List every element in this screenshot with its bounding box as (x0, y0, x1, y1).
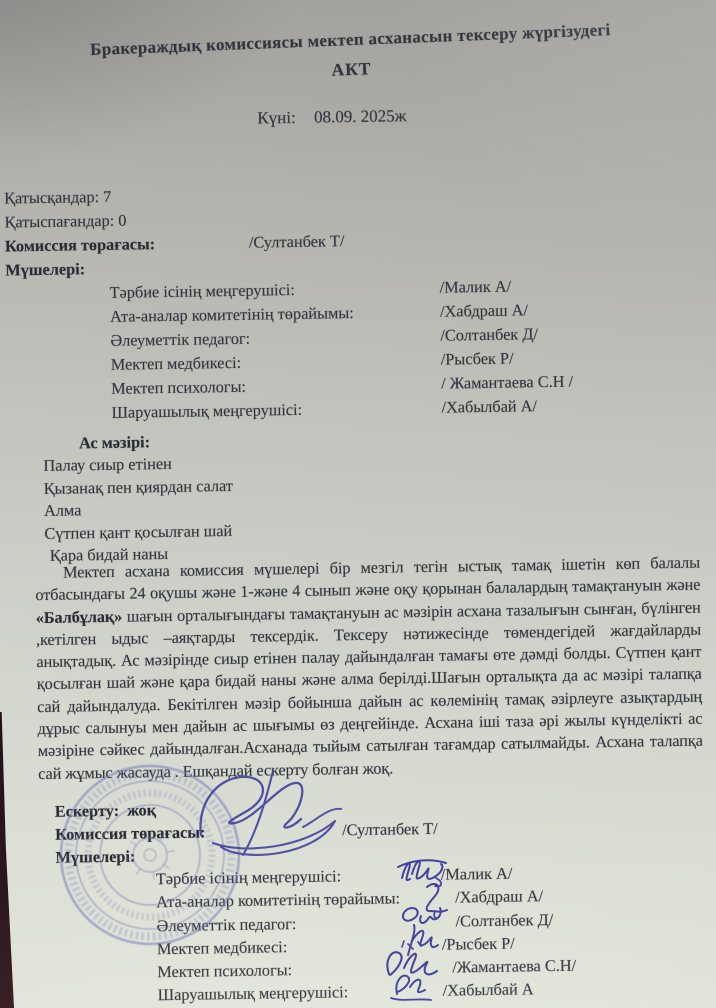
document-photo: Бракераждық комиссиясы мектеп асханасын … (0, 0, 716, 1008)
member-name: /Солтанбек Д/ (440, 322, 538, 348)
chairman-label: Комиссия төрағасы: (5, 231, 249, 259)
note-value: жоқ (127, 798, 156, 821)
paragraph-text: шағын орталығындағы тамақтануын ас мәзір… (36, 597, 703, 783)
body-paragraph: Мектеп асхана комиссия мүшелері бір мезг… (35, 552, 703, 785)
member-name: /Хабдраш А/ (440, 298, 528, 323)
member-name: /Хабдраш А/ (441, 884, 543, 909)
paragraph-text: Мектеп асхана комиссия мүшелері бір мезг… (35, 553, 700, 605)
chairman-name: /Султанбек Т/ (342, 817, 438, 841)
present-label: Қатысқандар: (4, 185, 99, 210)
member-name: /Жамантаева С.Н/ (442, 954, 576, 979)
absent-value: 0 (118, 209, 127, 233)
member-name: /Рысбек Р/ (442, 931, 515, 955)
members-bottom-list: Тәрбие ісінің меңгерушісі: /Малик А/ Ата… (56, 859, 712, 1008)
commission-bottom-block: Ескерту: жоқ Комиссия төрағасы: /Султанб… (55, 790, 712, 1008)
date-label: Күні: (257, 108, 296, 128)
menu-block: Ас мәзірі: Палау сиыр етінен Қызанақ пен… (43, 423, 697, 568)
member-role: Шаруашылық меңгерушісі: (158, 979, 443, 1007)
member-name: /Хабылбай А/ (441, 394, 537, 419)
member-name: /Солтанбек Д/ (441, 908, 553, 933)
member-name: /Малик А/ (441, 862, 513, 886)
chairman-label: Комиссия төрағасы: (55, 818, 342, 846)
date-line: Күні: 08.09. 2025ж (0, 102, 670, 133)
member-name: /Малик А/ (439, 275, 511, 300)
present-value: 7 (103, 185, 112, 209)
member-name: /Хабылбай А (442, 978, 533, 1003)
absent-label: Қатыспағандар: (4, 209, 114, 235)
members-top-list: Тәрбие ісінің меңгерушісі: /Малик А/ Ата… (5, 272, 700, 427)
commission-top-block: Қатысқандар: 7 Қатыспағандар: 0 Комиссия… (4, 176, 701, 427)
member-role: Шаруашылық меңгерушісі: (111, 396, 441, 425)
paper-sheet: Бракераждық комиссиясы мектеп асханасын … (0, 0, 716, 1008)
doc-header: Бракераждық комиссиясы мектеп асханасын … (22, 17, 679, 92)
date-value: 08.09. 2025ж (314, 106, 407, 126)
member-name: /Рысбек Р/ (441, 347, 514, 372)
paragraph-bold-text: «Балбұлақ» (36, 606, 123, 626)
chairman-name: /Султанбек Т/ (249, 229, 345, 254)
member-name: / Жамантаева С.Н / (441, 370, 573, 396)
note-label: Ескерту: (55, 799, 120, 823)
